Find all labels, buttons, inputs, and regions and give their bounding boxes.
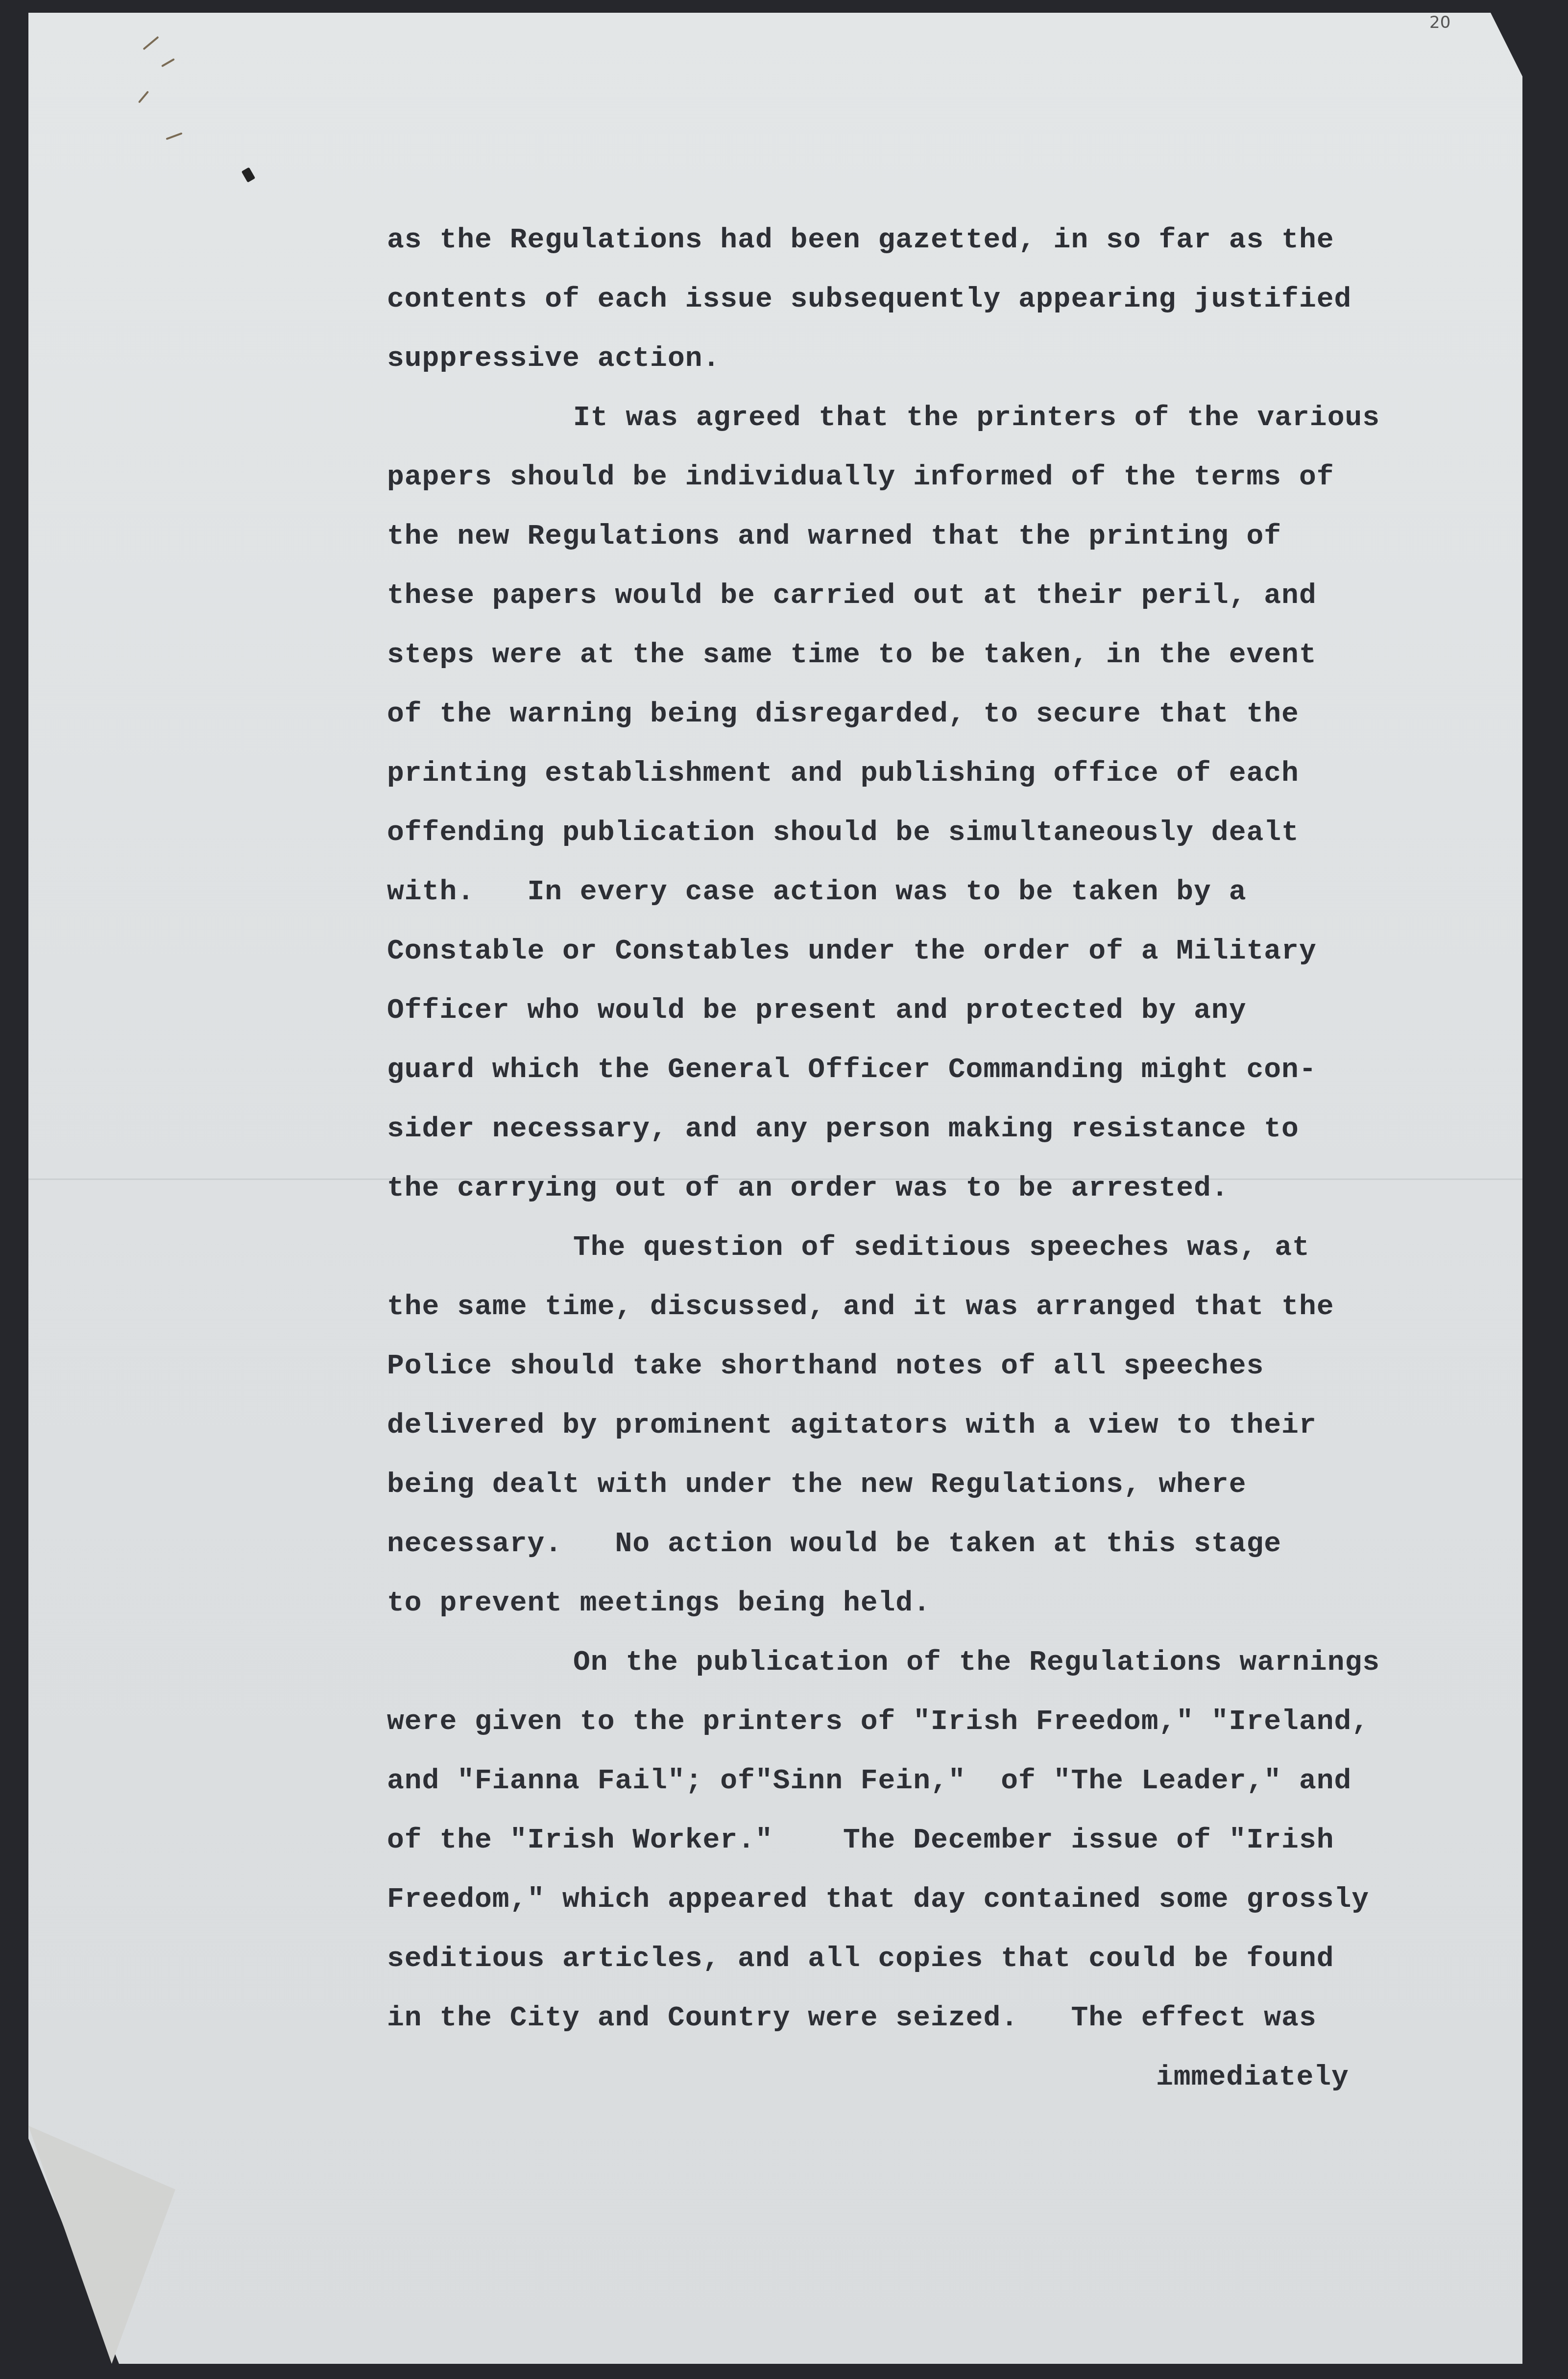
text-line: offending publication should be simultan… [387,803,1421,863]
text-line: were given to the printers of "Irish Fre… [387,1692,1421,1752]
text-line: as the Regulations had been gazetted, in… [387,211,1421,270]
ink-smudge [241,167,256,183]
text-line: and "Fianna Fail"; of"Sinn Fein," of "Th… [387,1752,1421,1811]
text-line: The question of seditious speeches was, … [387,1218,1421,1277]
text-line: in the City and Country were seized. The… [387,1989,1421,2048]
text-line: Constable or Constables under the order … [387,922,1421,981]
text-line: being dealt with under the new Regulatio… [387,1455,1421,1514]
text-line: of the "Irish Worker." The December issu… [387,1811,1421,1870]
paragraph-1: as the Regulations had been gazetted, in… [387,211,1421,388]
text-line: to prevent meetings being held. [387,1574,1421,1633]
text-line: papers should be individually informed o… [387,448,1421,507]
text-line: necessary. No action would be taken at t… [387,1514,1421,1574]
text-line: seditious articles, and all copies that … [387,1929,1421,1989]
text-line: suppressive action. [387,329,1421,388]
text-line: Police should take shorthand notes of al… [387,1337,1421,1396]
catchword: immediately [387,2048,1421,2107]
paragraph-3: The question of seditious speeches was, … [387,1218,1421,1633]
text-line: the carrying out of an order was to be a… [387,1159,1421,1218]
text-line: On the publication of the Regulations wa… [387,1633,1421,1692]
pencil-mark [166,132,182,140]
text-line: of the warning being disregarded, to sec… [387,685,1421,744]
text-line: It was agreed that the printers of the v… [387,388,1421,448]
text-line: Freedom," which appeared that day contai… [387,1870,1421,1929]
page-number: 20 [1429,13,1450,32]
paragraph-4: On the publication of the Regulations wa… [387,1633,1421,2048]
text-line: Officer who would be present and protect… [387,981,1421,1040]
text-line: steps were at the same time to be taken,… [387,625,1421,685]
pencil-mark [161,58,175,67]
paragraph-2: It was agreed that the printers of the v… [387,388,1421,1218]
typed-text-body: as the Regulations had been gazetted, in… [387,211,1421,2107]
text-line: contents of each issue subsequently appe… [387,270,1421,329]
pencil-mark [138,91,149,103]
text-line: sider necessary, and any person making r… [387,1100,1421,1159]
text-line: printing establishment and publishing of… [387,744,1421,803]
text-line: these papers would be carried out at the… [387,566,1421,625]
text-line: delivered by prominent agitators with a … [387,1396,1421,1455]
text-line: with. In every case action was to be tak… [387,863,1421,922]
text-line: the same time, discussed, and it was arr… [387,1277,1421,1337]
pencil-mark [143,36,159,50]
text-line: the new Regulations and warned that the … [387,507,1421,566]
text-line: guard which the General Officer Commandi… [387,1040,1421,1100]
